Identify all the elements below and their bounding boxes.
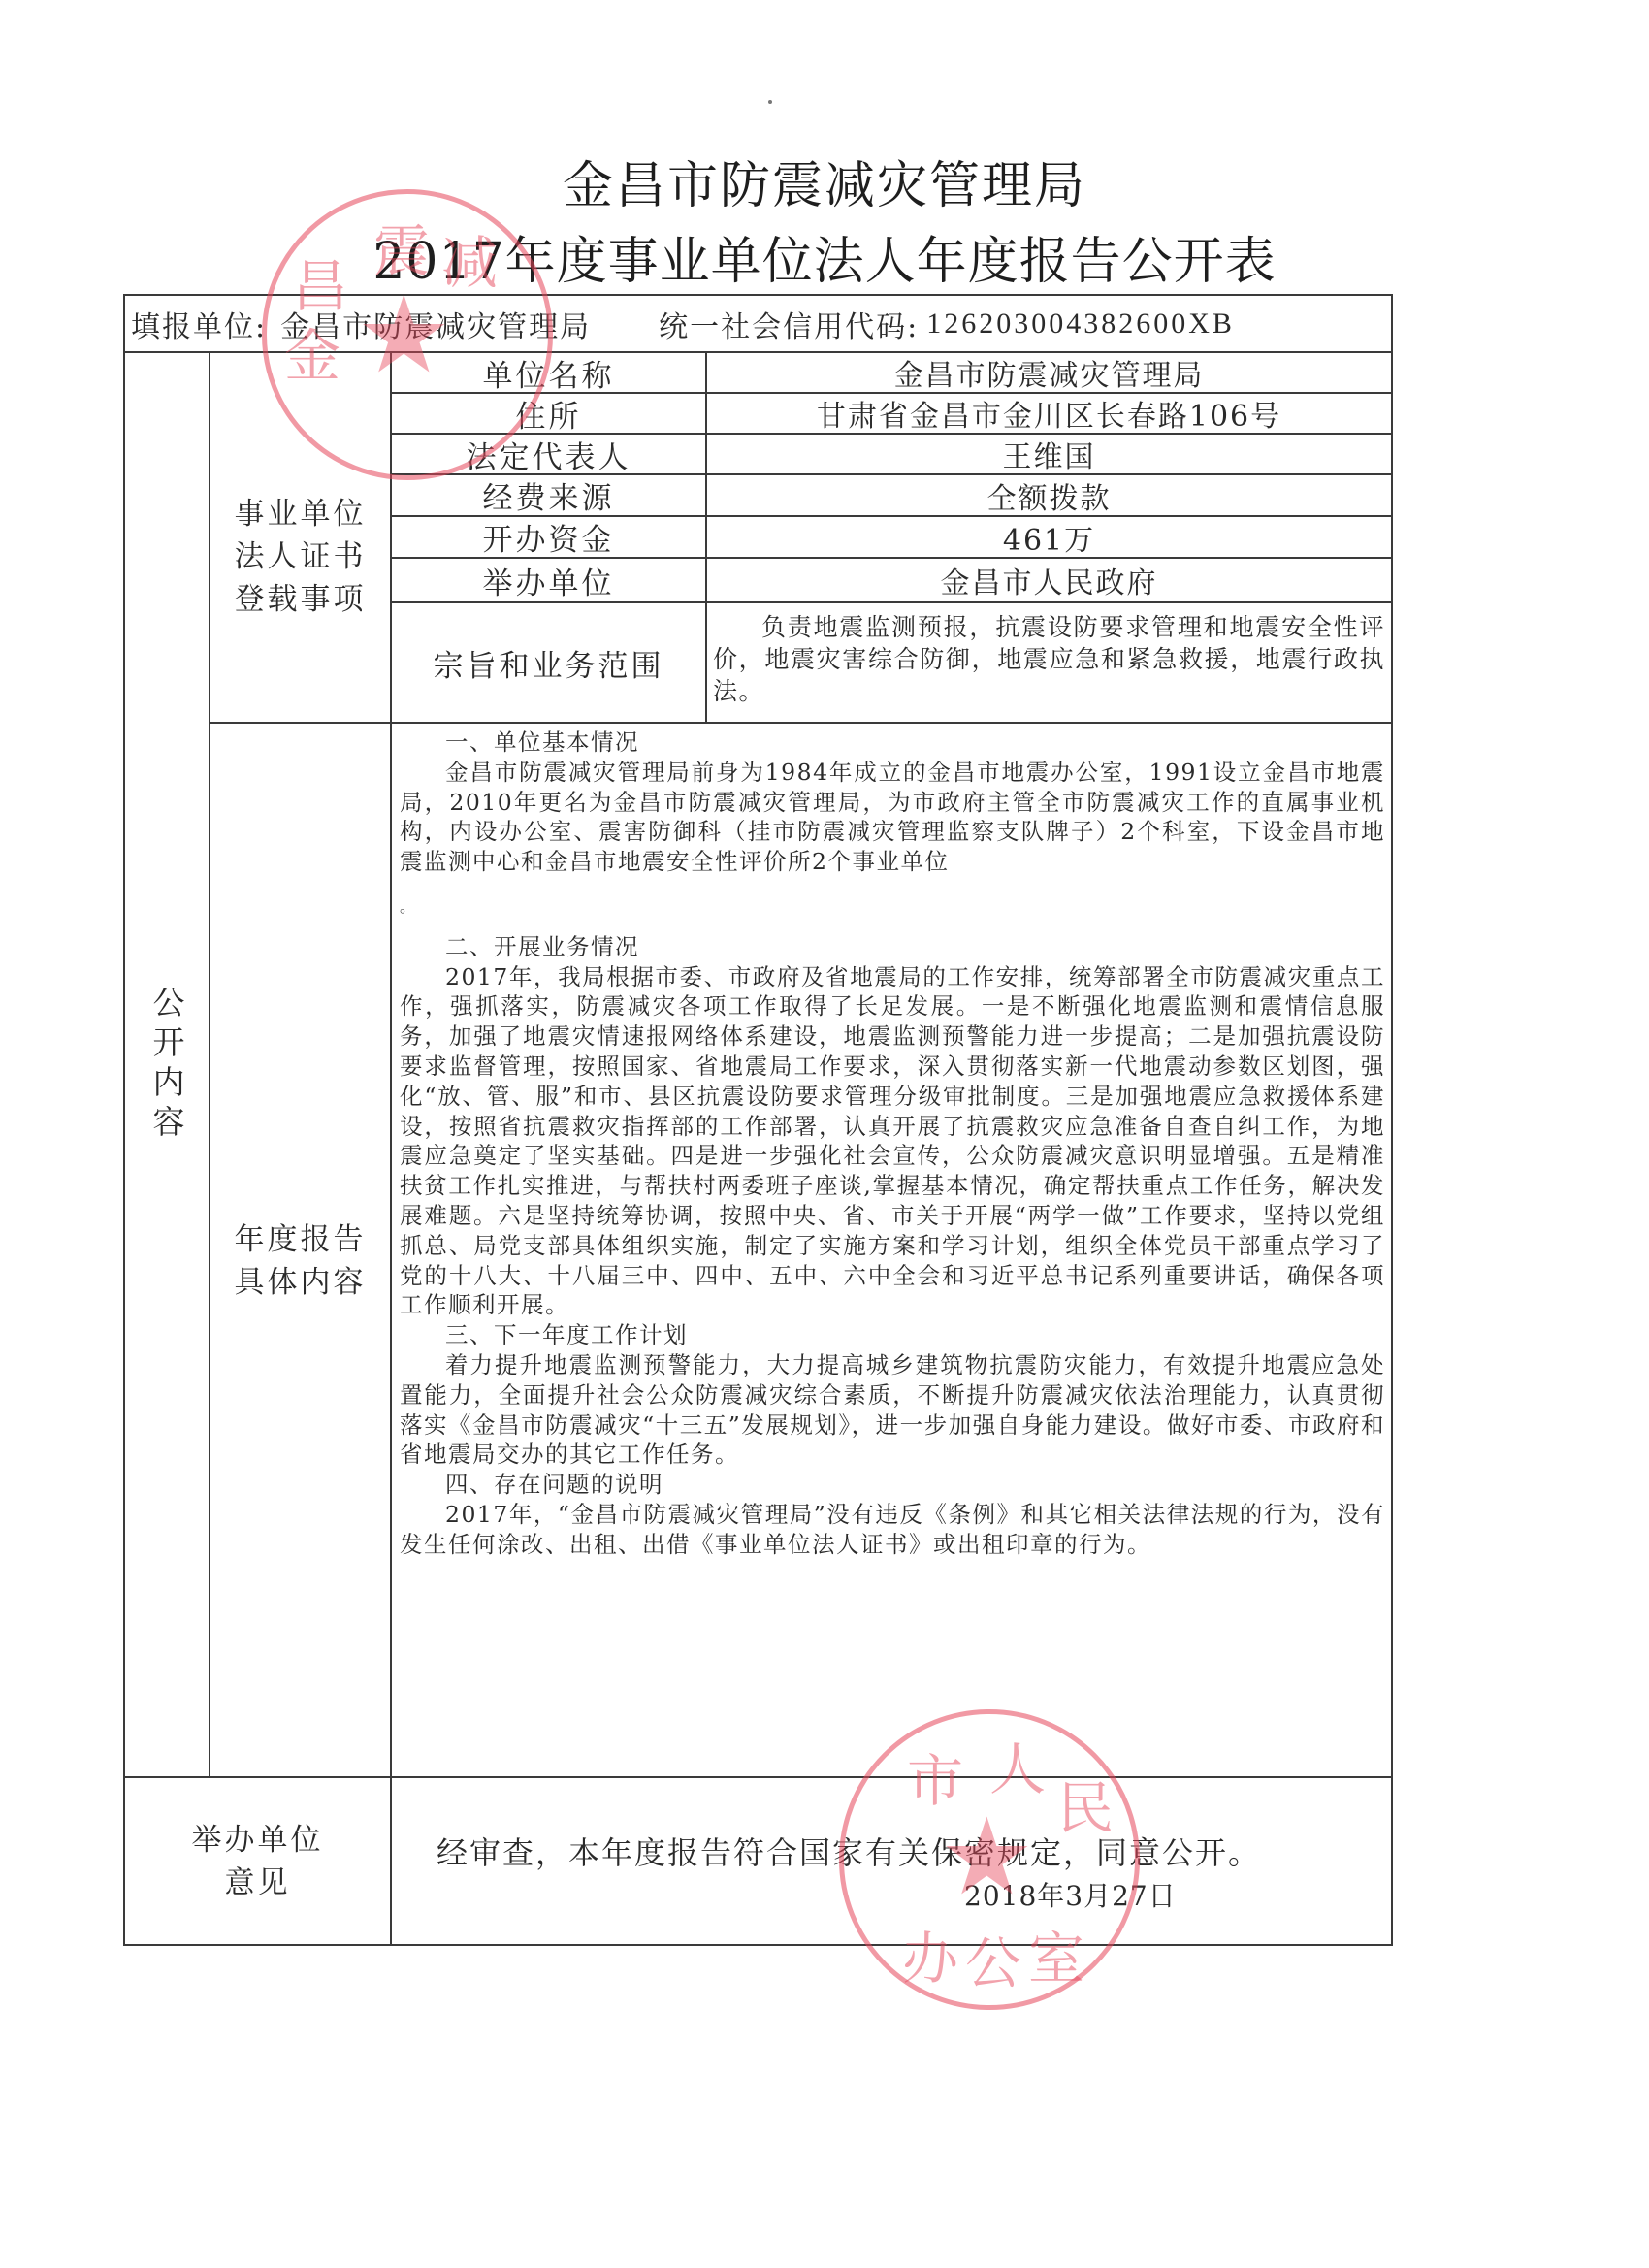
annual-report-content: 一、单位基本情况 金昌市防震减灾管理局前身为1984年成立的金昌市地震办公室，1… (390, 722, 1393, 1778)
scan-speck (768, 100, 772, 104)
public-content-label: 公开内容 (145, 986, 190, 1145)
section-heading-basic-info: 一、单位基本情况 (400, 728, 1385, 758)
item-value-address: 甘肃省金昌市金川区长春路106号 (705, 392, 1393, 435)
sponsor-opinion-label-cell: 举办单位 意见 (123, 1776, 392, 1946)
certificate-label-line-2: 法人证书 (235, 535, 367, 578)
certificate-label-line-1: 事业单位 (235, 493, 367, 535)
filing-unit-value: 金昌市防震减灾管理局 (280, 303, 591, 345)
item-label-purpose-scope: 宗旨和业务范围 (390, 601, 707, 724)
item-label-startup-capital: 开办资金 (390, 515, 707, 559)
section-body-next-year-plan: 着力提升地震监测预警能力，大力提高城乡建筑物抗震防灾能力，有效提升地震应急处置能… (400, 1350, 1385, 1470)
annual-report-label-line-1: 年度报告 (210, 1218, 390, 1261)
item-value-sponsor-unit: 金昌市人民政府 (705, 557, 1393, 603)
item-label-address: 住所 (390, 392, 707, 435)
document-subtitle: 2017年度事业单位法人年度报告公开表 (0, 233, 1649, 291)
item-label-legal-rep: 法定代表人 (390, 433, 707, 475)
item-label-sponsor-unit: 举办单位 (390, 557, 707, 603)
section-heading-business: 二、开展业务情况 (400, 932, 1385, 962)
section-body-basic-info: 金昌市防震减灾管理局前身为1984年成立的金昌市地震办公室，1991设立金昌市地… (400, 758, 1385, 877)
item-value-funding-source: 全额拨款 (705, 473, 1393, 517)
item-value-purpose-scope: 负责地震监测预报，抗震设防要求管理和地震安全性评价，地震灾害综合防御，地震应急和… (713, 611, 1385, 707)
sponsor-opinion-label-line-1: 举办单位 (192, 1819, 324, 1862)
item-value-purpose-scope-cell: 负责地震监测预报，抗震设防要求管理和地震安全性评价，地震灾害综合防御，地震应急和… (705, 601, 1393, 724)
sponsor-opinion-date: 2018年3月27日 (964, 1875, 1177, 1914)
annual-report-label-cell: 年度报告 具体内容 (209, 722, 392, 1778)
credit-code-value: 126203004382600XB (926, 308, 1235, 340)
certificate-label-line-3: 登载事项 (235, 578, 367, 621)
section-heading-issues: 四、存在问题的说明 (400, 1470, 1385, 1500)
section-body-business: 2017年，我局根据市委、市政府及省地震局的工作安排，统筹部署全市防震减灾重点工… (400, 962, 1385, 1321)
section-body-basic-info-trailing: 。 (400, 892, 1385, 923)
filing-unit-label: 填报单位: (131, 303, 267, 345)
item-value-startup-capital: 461万 (705, 515, 1393, 559)
header-row: 填报单位: 金昌市防震减灾管理局 统一社会信用代码: 1262030043826… (123, 294, 1393, 353)
item-label-unit-name: 单位名称 (390, 351, 707, 394)
item-label-funding-source: 经费来源 (390, 473, 707, 517)
certificate-section-label-cell: 事业单位 法人证书 登载事项 (209, 351, 392, 724)
sponsor-opinion-text: 经审查，本年度报告符合国家有关保密规定，同意公开。 (436, 1829, 1261, 1873)
sponsor-opinion-label-line-2: 意见 (225, 1862, 291, 1904)
public-content-group: 公开内容 (123, 351, 210, 1778)
document-title: 金昌市防震减灾管理局 (0, 157, 1649, 215)
credit-code-label: 统一社会信用代码: (659, 303, 919, 345)
item-value-unit-name: 金昌市防震减灾管理局 (705, 351, 1393, 394)
section-heading-next-year-plan: 三、下一年度工作计划 (400, 1320, 1385, 1350)
sponsor-opinion-content: 经审查，本年度报告符合国家有关保密规定，同意公开。 2018年3月27日 (390, 1776, 1393, 1946)
item-value-legal-rep: 王维国 (705, 433, 1393, 475)
annual-report-label-line-2: 具体内容 (210, 1261, 390, 1304)
section-body-issues: 2017年，“金昌市防震减灾管理局”没有违反《条例》和其它相关法律法规的行为，没… (400, 1500, 1385, 1560)
